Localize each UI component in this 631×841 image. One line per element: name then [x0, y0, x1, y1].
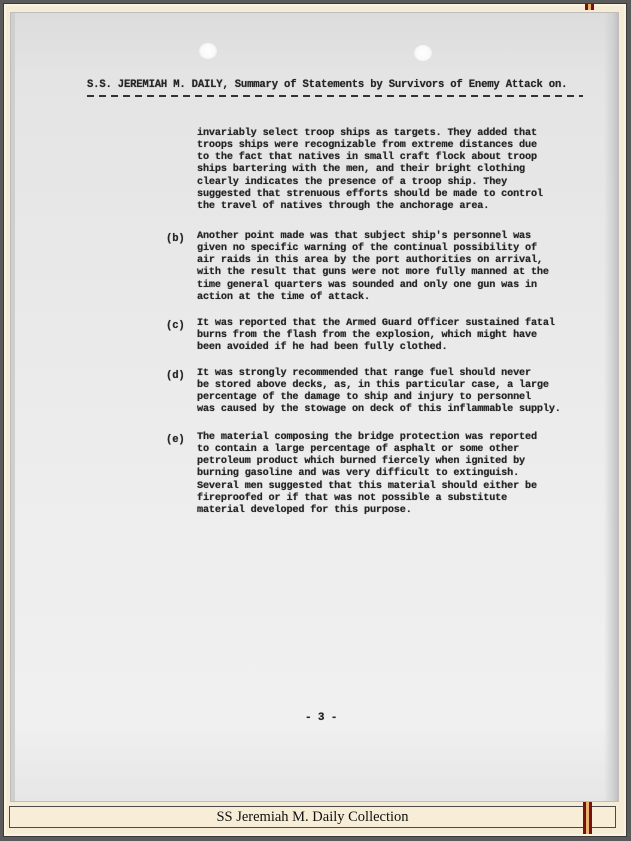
- page-number: - 3 -: [305, 712, 337, 724]
- text-line: petroleum product which burned fiercely …: [197, 456, 597, 468]
- text-line: to contain a large percentage of asphalt…: [197, 444, 597, 456]
- collection-caption: SS Jeremiah M. Daily Collection: [9, 806, 616, 828]
- item-label-b: (b): [166, 233, 185, 245]
- text-line: the travel of natives through the anchor…: [197, 201, 597, 213]
- punch-hole: [199, 43, 217, 59]
- scanned-document-page: S.S. JEREMIAH M. DAILY, Summary of State…: [10, 12, 619, 802]
- text-line: suggested that strenuous efforts should …: [197, 189, 597, 201]
- text-line: It was reported that the Armed Guard Off…: [197, 318, 597, 330]
- text-line: Several men suggested that this material…: [197, 481, 597, 493]
- punch-hole: [414, 45, 432, 61]
- text-line: with the result that guns were not more …: [197, 267, 597, 279]
- item-paragraph-c: It was reported that the Armed Guard Off…: [197, 318, 597, 354]
- text-line: Another point made was that subject ship…: [197, 231, 597, 243]
- text-line: been avoided if he had been fully clothe…: [197, 342, 597, 354]
- text-line: time general quarters was sounded and on…: [197, 280, 597, 292]
- text-line: be stored above decks, as, in this parti…: [197, 380, 597, 392]
- item-paragraph-e: The material composing the bridge protec…: [197, 432, 597, 517]
- ribbon-decoration-top: [585, 4, 594, 10]
- text-line: to the fact that natives in small craft …: [197, 152, 597, 164]
- item-label-e: (e): [166, 434, 185, 446]
- item-label-c: (c): [166, 320, 185, 332]
- text-line: burning gasoline and was very difficult …: [197, 468, 597, 480]
- text-line: percentage of the damage to ship and inj…: [197, 392, 597, 404]
- text-line: was caused by the stowage on deck of thi…: [197, 404, 597, 416]
- continuation-paragraph: invariably select troop ships as targets…: [197, 128, 597, 213]
- text-line: It was strongly recommended that range f…: [197, 368, 597, 380]
- text-line: The material composing the bridge protec…: [197, 432, 597, 444]
- ribbon-decoration-bottom: [583, 802, 592, 834]
- text-line: troops ships were recognizable from extr…: [197, 140, 597, 152]
- text-line: air raids in this area by the port autho…: [197, 255, 597, 267]
- item-paragraph-d: It was strongly recommended that range f…: [197, 368, 597, 417]
- dashed-divider: [87, 95, 583, 97]
- text-line: ships bartering with the men, and their …: [197, 164, 597, 176]
- text-line: invariably select troop ships as targets…: [197, 128, 597, 140]
- text-line: material developed for this purpose.: [197, 505, 597, 517]
- item-paragraph-b: Another point made was that subject ship…: [197, 231, 597, 304]
- text-line: burns from the flash from the explosion,…: [197, 330, 597, 342]
- text-line: action at the time of attack.: [197, 292, 597, 304]
- document-header: S.S. JEREMIAH M. DAILY, Summary of State…: [87, 79, 567, 91]
- text-line: fireproofed or if that was not possible …: [197, 493, 597, 505]
- item-label-d: (d): [166, 370, 185, 382]
- text-line: clearly indicates the presence of a troo…: [197, 177, 597, 189]
- text-line: given no specific warning of the continu…: [197, 243, 597, 255]
